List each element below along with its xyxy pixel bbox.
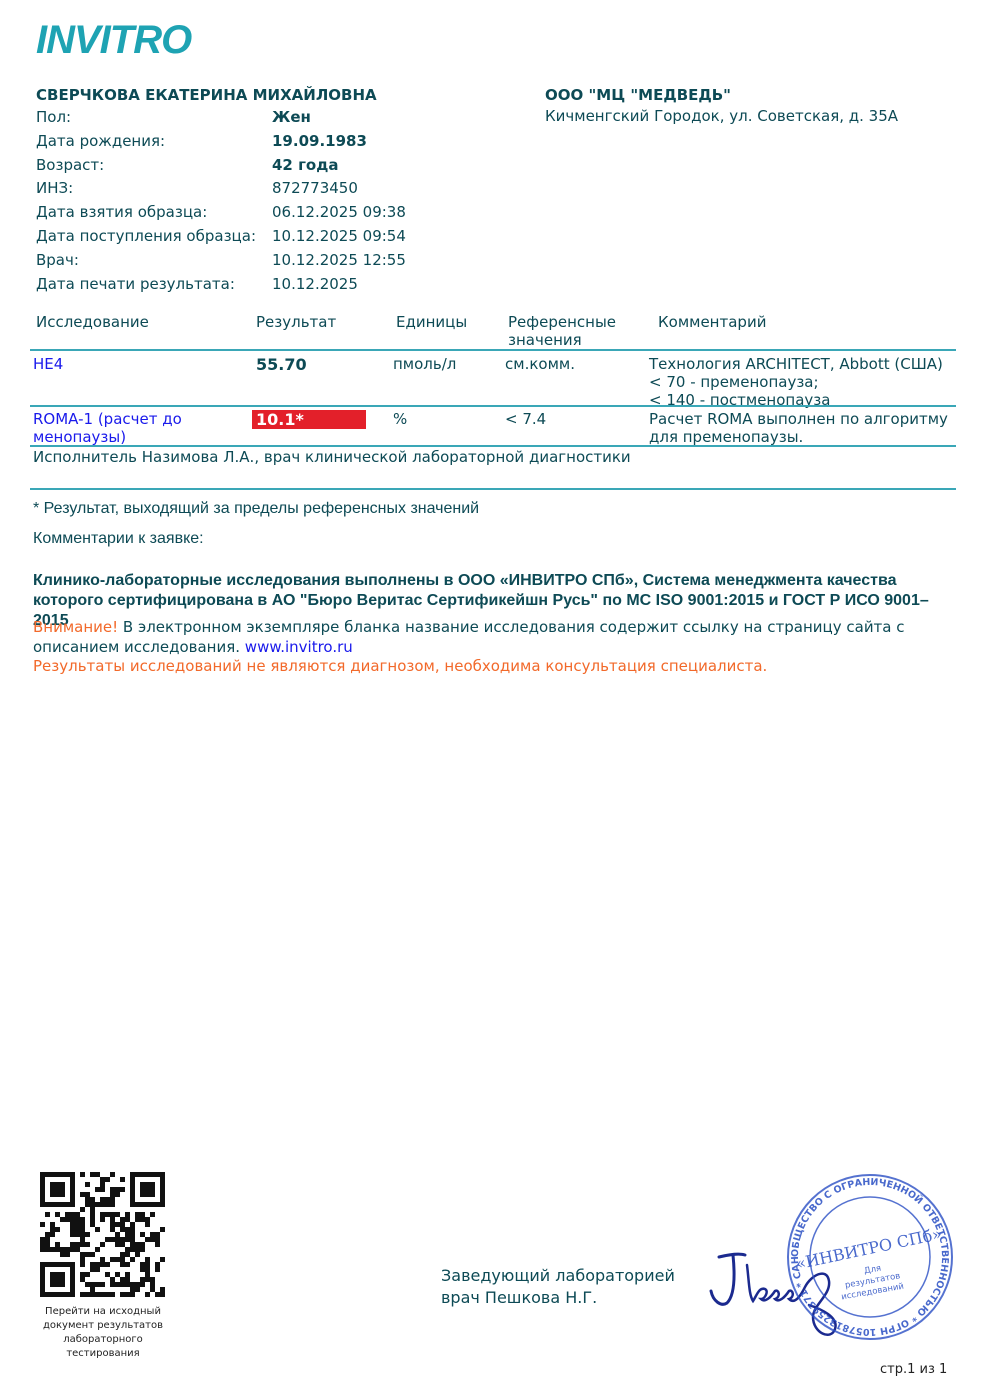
- order-comments-label: Комментарии к заявке:: [33, 530, 204, 548]
- units-value: пмоль/л: [393, 355, 456, 373]
- test-link-he4[interactable]: HE4: [33, 355, 63, 373]
- table-rule: [30, 405, 956, 407]
- header-result: Результат: [256, 313, 336, 331]
- table-rule: [30, 445, 956, 447]
- test-link-roma[interactable]: ROMA-1 (расчет до менопаузы): [33, 410, 223, 446]
- results-table: Исследование Результат Единицы Референсн…: [0, 0, 990, 500]
- warning-prefix: Внимание!: [33, 618, 118, 636]
- header-comment: Комментарий: [658, 313, 766, 331]
- website-link[interactable]: www.invitro.ru: [245, 638, 353, 656]
- lab-head-title: Заведующий лабораторией: [441, 1265, 675, 1287]
- warning-text: В электронном экземпляре бланка название…: [33, 618, 905, 656]
- disclaimer: Результаты исследований не являются диаг…: [33, 657, 973, 677]
- result-value: 55.70: [256, 356, 307, 374]
- comment-line: Расчет ROMA выполнен по алгоритму: [649, 410, 948, 428]
- reference-value: < 7.4: [505, 410, 546, 428]
- header-units: Единицы: [396, 313, 467, 331]
- units-value: %: [393, 410, 407, 428]
- page-number: стр.1 из 1: [880, 1362, 947, 1377]
- qr-code[interactable]: [40, 1172, 165, 1297]
- stamp-icon: ОБЩЕСТВО С ОГРАНИЧЕННОЙ ОТВЕТСТВЕННОСТЬЮ…: [785, 1162, 955, 1352]
- comment-line: Технология ARCHITECT, Abbott (США): [649, 355, 943, 373]
- qr-caption: Перейти на исходный документ результатов…: [30, 1305, 176, 1361]
- result-flagged: 10.1*: [252, 410, 366, 429]
- reference-value: см.комм.: [505, 355, 575, 373]
- lab-head-name: врач Пешкова Н.Г.: [441, 1287, 675, 1309]
- section-rule: [30, 488, 956, 490]
- comment-cell: Расчет ROMA выполнен по алгоритму для пр…: [649, 410, 948, 446]
- warning-block: Внимание! В электронном экземпляре бланк…: [33, 618, 973, 677]
- comment-line: < 70 - пременопауза;: [649, 373, 943, 391]
- header-reference: Референсные значения: [508, 313, 628, 349]
- comment-cell: Технология ARCHITECT, Abbott (США) < 70 …: [649, 355, 943, 409]
- header-test: Исследование: [36, 313, 149, 331]
- performer: Исполнитель Назимова Л.А., врач клиничес…: [33, 448, 631, 466]
- table-rule: [30, 349, 956, 351]
- comment-line: для пременопаузы.: [649, 428, 948, 446]
- footnote: * Результат, выходящий за пределы рефере…: [33, 500, 479, 518]
- lab-head: Заведующий лабораторией врач Пешкова Н.Г…: [441, 1265, 675, 1309]
